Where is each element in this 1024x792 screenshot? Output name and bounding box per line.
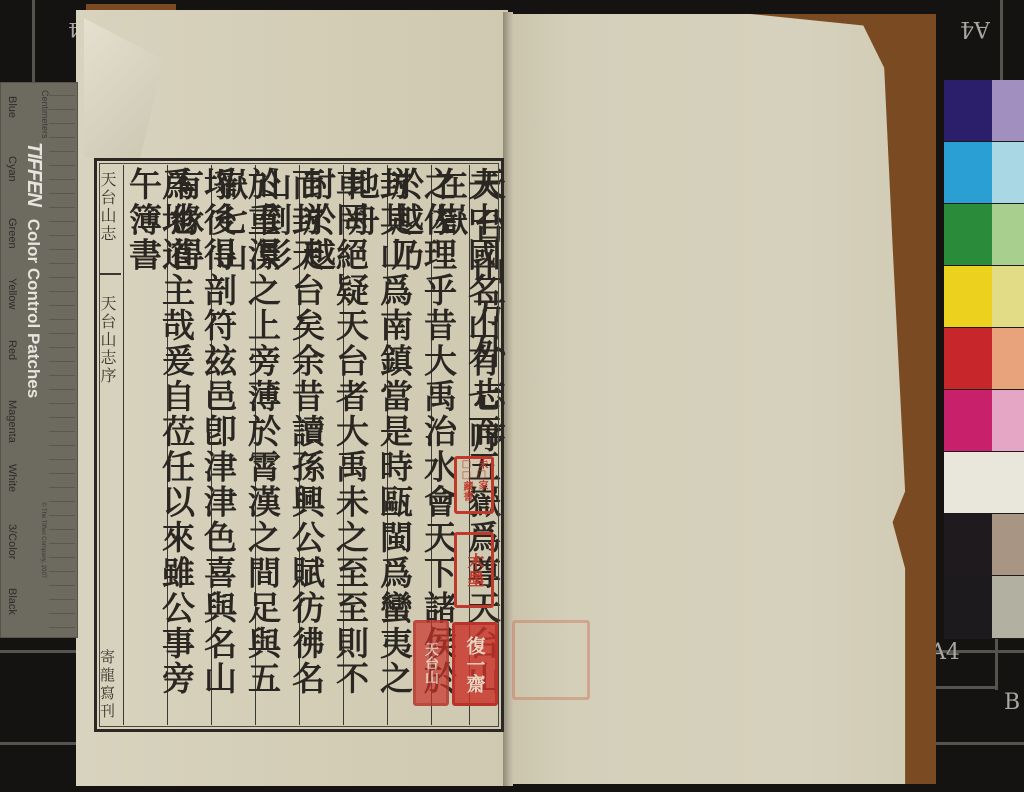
patch-label-magenta: Magenta <box>6 400 18 443</box>
column-rule <box>387 165 388 725</box>
copy-stand-frame-line <box>32 0 35 82</box>
column-rule <box>255 165 256 725</box>
banxin-book-title: 天台山志 <box>99 171 115 243</box>
patch-red <box>944 328 1024 390</box>
collector-seal-2: 木墨 <box>454 532 494 608</box>
patch-label-yellow: Yellow <box>6 278 18 309</box>
fishtail-mark <box>99 273 121 289</box>
collector-seal-4: 天台山 <box>413 620 449 706</box>
patch-blue <box>944 80 1024 142</box>
centimeter-ruler <box>49 82 75 638</box>
patch-label-red: Red <box>6 340 18 360</box>
text-column-7: 埒後得剖符玆邑卽津津色喜與名山有緣得 <box>169 167 235 729</box>
strip-title: Color Control Patches <box>24 219 43 398</box>
copy-stand-size-label: A4 <box>960 16 990 41</box>
text-column-6: 於重溟之上旁薄於霄漢之間足與五嶽七山 <box>213 167 279 729</box>
text-column-3: 封其山爲南鎮當是時甌閩爲蠻夷之地舟 <box>345 167 411 729</box>
text-column-4: 車罔絕疑天台者大禹未之至至則不封於越 <box>301 167 367 729</box>
patch-black <box>944 576 1024 639</box>
patch-3color <box>944 514 1024 576</box>
ruler-units-label: Centimeters <box>40 90 50 139</box>
center-fold-banxin: 天台山志 天台山志序 寄龍寫刊 <box>97 165 124 725</box>
collector-seal-3: 復一齋 <box>452 622 498 706</box>
patch-label-green: Green <box>6 218 18 249</box>
patch-label-blue: Blue <box>6 96 18 118</box>
banxin-section-title: 天台山志序 <box>99 295 115 385</box>
copy-stand-frame-line <box>1000 0 1003 80</box>
copy-stand-size-label: B <box>1004 690 1020 715</box>
patch-label-3color: 3/Color <box>6 524 18 559</box>
tiffen-color-control-strip: Centimeters TIFFEN Color Control Patches… <box>0 82 78 638</box>
seal-offset-ghost: faint seal transfer <box>512 620 590 700</box>
patch-cyan <box>944 142 1024 204</box>
tiffen-brand: TIFFEN Color Control Patches <box>22 142 45 398</box>
patch-label-white: White <box>6 464 18 492</box>
column-rule <box>167 165 168 725</box>
column-rule <box>343 165 344 725</box>
text-column-8: 爲地道主哉爰自莅任以來雖公事旁午簿書 <box>127 167 193 729</box>
column-rule <box>299 165 300 725</box>
strip-copyright: © The Tiffen Company, 2007 <box>40 502 46 578</box>
patch-label-black: Black <box>6 588 18 615</box>
color-patch-column <box>944 80 1024 639</box>
publisher-mark: 寄龍寫刊 <box>99 649 114 721</box>
text-column-5: 而封天台矣余昔讀孫興公賦彷彿名山倒影 <box>257 167 323 729</box>
collector-seal-1: 未□家□□藏書 <box>454 456 494 514</box>
patch-yellow <box>944 266 1024 328</box>
column-rule <box>211 165 212 725</box>
patch-label-cyan: Cyan <box>6 156 18 182</box>
patch-white <box>944 452 1024 514</box>
patch-magenta <box>944 390 1024 452</box>
tiffen-logo: TIFFEN <box>23 142 45 206</box>
patch-green <box>944 204 1024 266</box>
